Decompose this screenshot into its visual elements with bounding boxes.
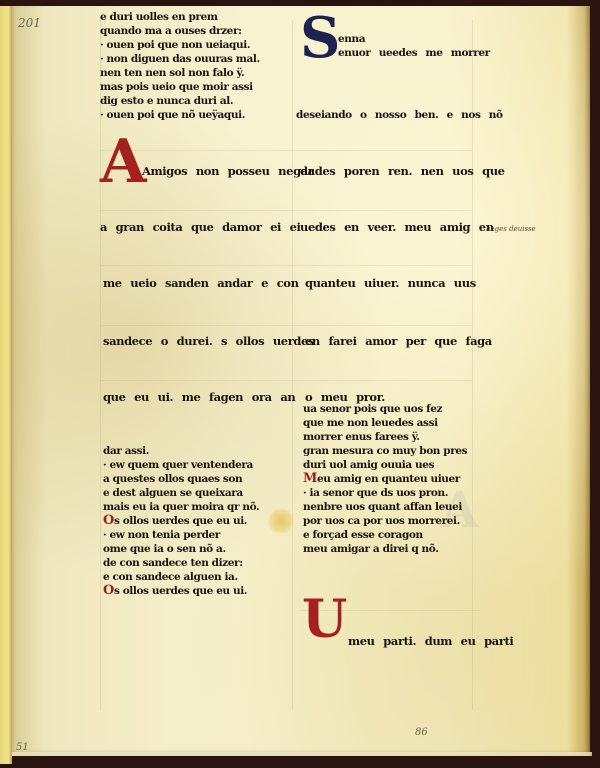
- ruling-line: [292, 20, 293, 710]
- verse-line: nen ten nen sol non falo ÿ.: [100, 66, 244, 80]
- verse-line: dar assi.: [103, 444, 149, 458]
- staff-line: [100, 210, 472, 211]
- verse-line: · ia senor que ds uos pron.: [303, 486, 448, 500]
- lyric-line: meu parti. dum eu parti: [348, 634, 513, 648]
- margin-note: ueges deuisse: [486, 225, 536, 233]
- lyric-right: dades poren ren. nen uos que: [300, 164, 505, 178]
- lyric-left: a gran coita que damor ei ei: [100, 220, 300, 234]
- page-bottom-edge: [12, 752, 592, 756]
- verse-line: ua senor pois que uos fez: [303, 402, 442, 416]
- decorated-initial-a: A: [100, 130, 147, 194]
- verse-text: eu amig en quanteu uiuer: [317, 473, 460, 485]
- lyric-right: en farei amor per que faga: [305, 334, 492, 348]
- ruling-line: [100, 20, 101, 710]
- verse-line: por uos ca por uos morrerei.: [303, 514, 460, 528]
- pencil-note: 86: [415, 727, 428, 738]
- folio-number-bottom: 51: [16, 742, 29, 753]
- verse-line: deseiando o nosso ben. e nos nõ: [296, 108, 503, 122]
- verse-text: s ollos uerdes que eu ui.: [114, 585, 247, 597]
- verse-line: e forçad esse coragon: [303, 528, 423, 542]
- verse-line: enna: [338, 32, 365, 46]
- decorated-initial-u: U: [302, 592, 347, 648]
- red-initial-o: O: [103, 513, 114, 528]
- verse-line: e dest alguen se queixara: [103, 486, 243, 500]
- verse-line: ome que ia o sen nõ a.: [103, 542, 226, 556]
- verse-line: mas pois ueio que moir assi: [100, 80, 253, 94]
- lyric-left: que eu ui. me fagen ora an: [103, 390, 295, 404]
- verse-line-refrain: Os ollos uerdes que eu ui.: [103, 514, 247, 528]
- staff-line: [100, 325, 472, 326]
- decorated-initial-s: S: [300, 8, 340, 68]
- verse-line: e duri uolles en prem: [100, 10, 218, 24]
- staff-line: [100, 265, 472, 266]
- verse-text: s ollos uerdes que eu ui.: [114, 515, 247, 527]
- verse-line: dig esto e nunca duri al.: [100, 94, 233, 108]
- verse-line: meu amigar a direi q nõ.: [303, 542, 438, 556]
- folio-number-top: 201: [18, 16, 41, 30]
- verse-line: · ew non tenia perder: [103, 528, 220, 542]
- verse-line: mais eu ia quer moira qr nõ.: [103, 500, 259, 514]
- verse-line: · ouen poi que non ueiaqui.: [100, 38, 250, 52]
- verse-line: enuor ueedes me morrer: [338, 46, 490, 60]
- verse-line: · ouen poi que nõ ueÿaqui.: [100, 108, 245, 122]
- lyric-right: uedes en veer. meu amig en: [300, 220, 494, 234]
- verse-line-refrain: Os ollos uerdes que eu ui.: [103, 584, 247, 598]
- verse-line: nenbre uos quant affan leuei: [303, 500, 462, 514]
- verse-line: duri uol amig ouuia ues: [303, 458, 434, 472]
- verse-line: de con sandece ten dizer:: [103, 556, 243, 570]
- lyric-left: sandece o durei. s ollos uerdes: [103, 334, 314, 348]
- verse-line: quando ma a ouses drzer:: [100, 24, 242, 38]
- verse-line: gran mesura co muy bon pres: [303, 444, 467, 458]
- lyric-left: Amigos non posseu negar: [142, 164, 313, 178]
- red-initial-o: O: [103, 583, 114, 598]
- verse-line: morrer enus farees ÿ.: [303, 430, 420, 444]
- binding-edge: [0, 6, 12, 764]
- verse-line: que me non leuedes assi: [303, 416, 438, 430]
- verse-line: · ew quem quer ventendera: [103, 458, 253, 472]
- verse-line: e con sandece alguen ia.: [103, 570, 238, 584]
- verse-line: a questes ollos quaes son: [103, 472, 242, 486]
- ruling-line: [472, 20, 473, 710]
- lyric-left: me ueio sanden andar e con: [103, 276, 299, 290]
- verse-line: · non diguen das ouuras mal.: [100, 52, 260, 66]
- staff-line: [100, 150, 472, 151]
- red-initial-m: M: [303, 471, 317, 486]
- verse-line-stanza: Meu amig en quanteu uiuer: [303, 472, 460, 486]
- staff-line: [100, 380, 472, 381]
- parchment-stain: [268, 508, 294, 534]
- lyric-right: quanteu uiuer. nunca uus: [305, 276, 476, 290]
